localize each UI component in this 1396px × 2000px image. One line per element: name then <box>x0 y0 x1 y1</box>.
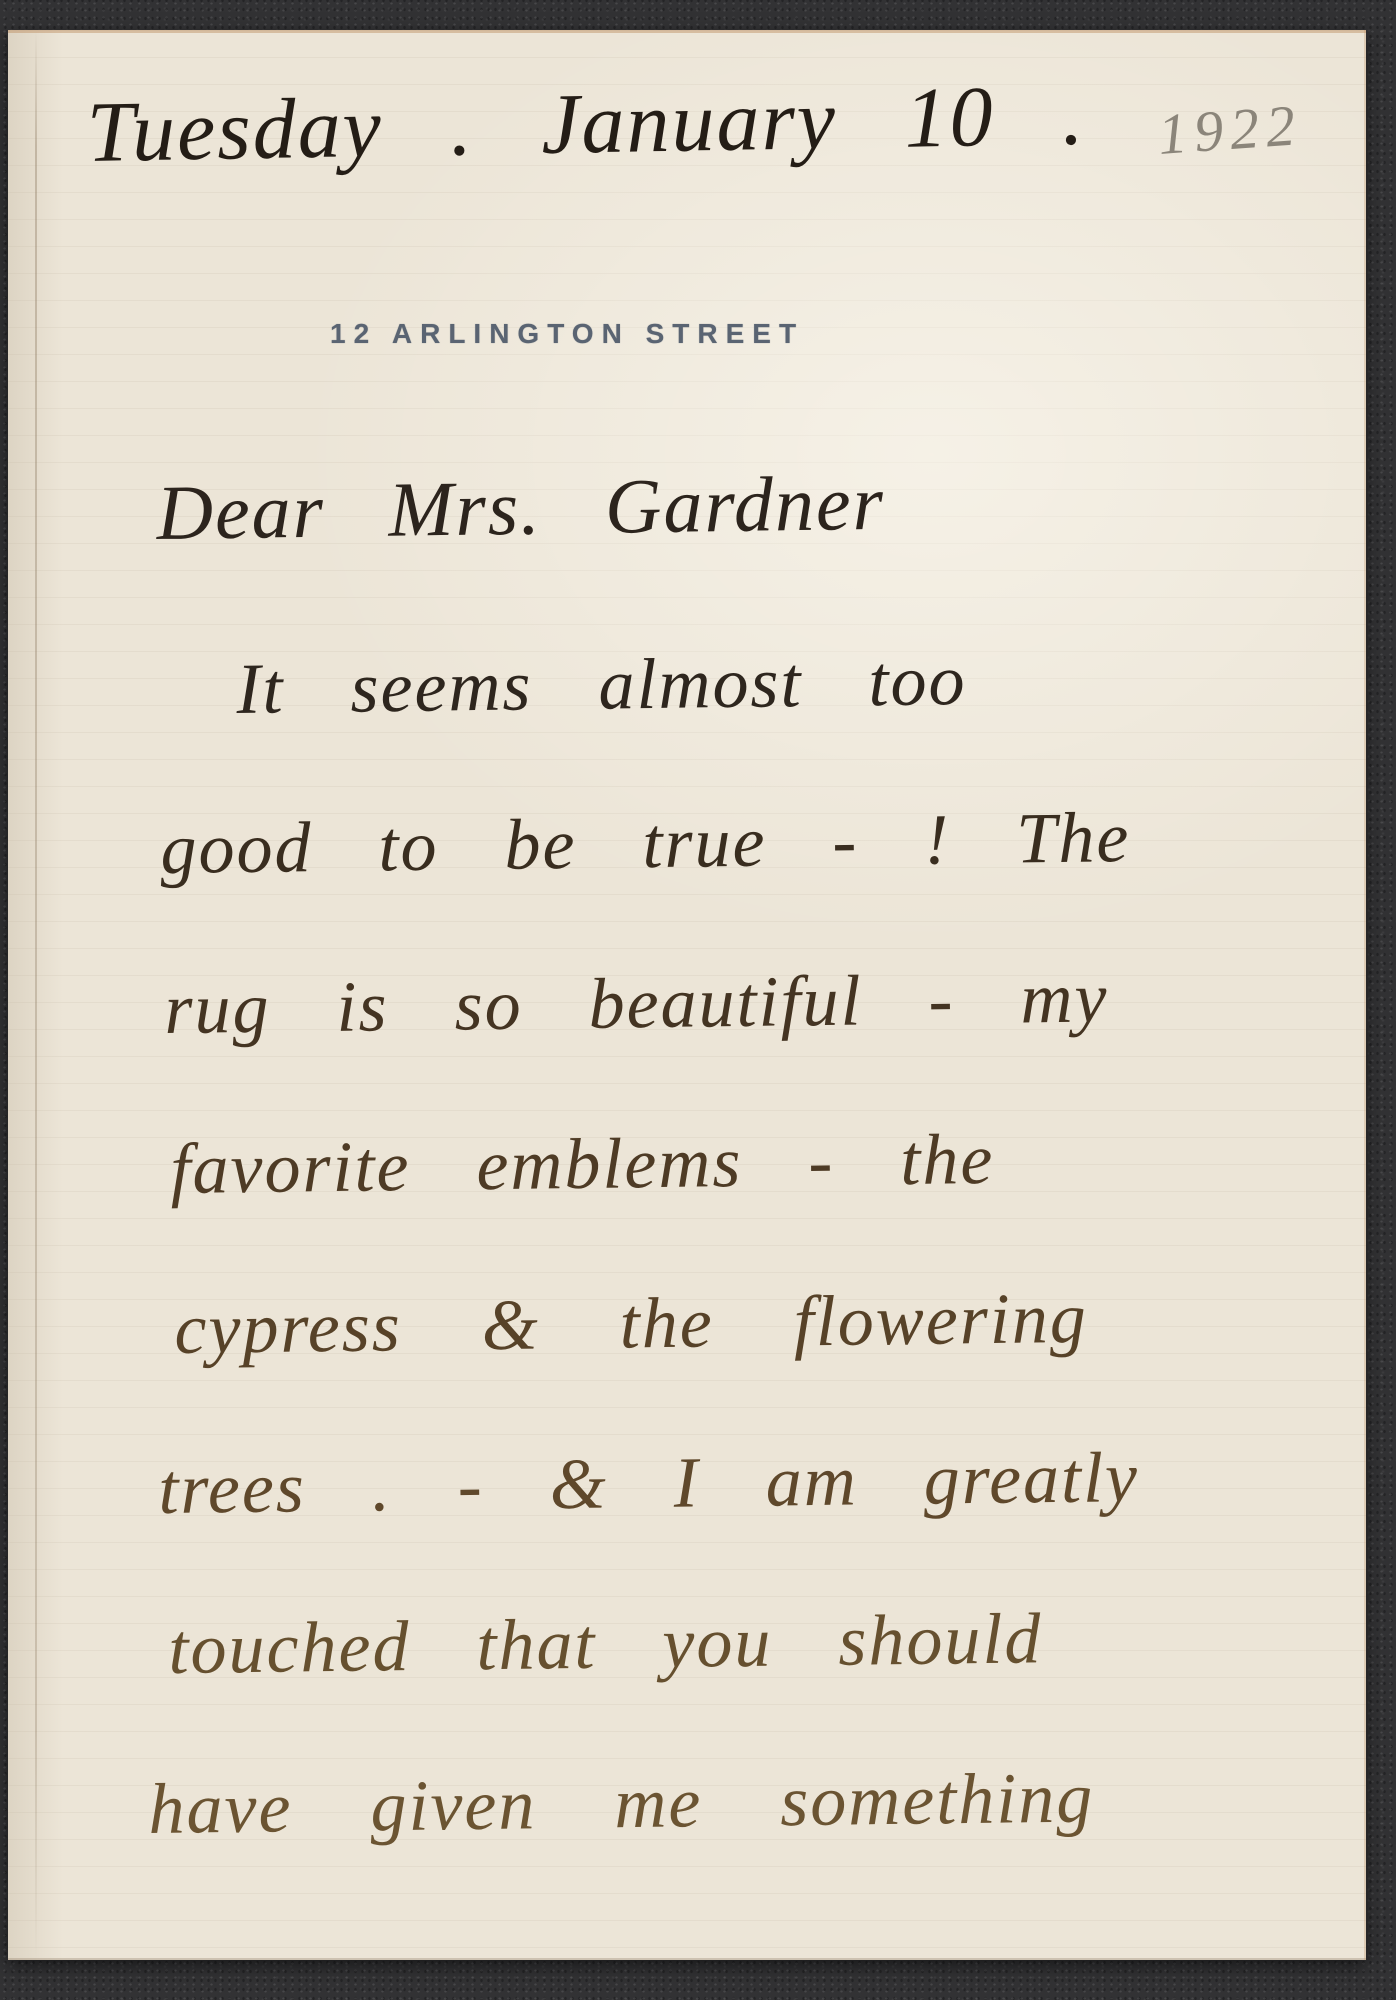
body-line-8: have given me something <box>148 1753 1368 1928</box>
photo-background: { "document": { "kind": "handwritten-let… <box>0 0 1396 2000</box>
handwritten-date: Tuesday . January 10 . <box>86 65 1086 182</box>
letter-page: Tuesday . January 10 . 1922 12 ARLINGTON… <box>8 30 1366 1960</box>
body-line-6: trees . - & I am greatly <box>158 1433 1368 1608</box>
letter-body: It seems almost too good to be true - ! … <box>8 648 1366 1928</box>
body-line-3: rug is so beautiful - my <box>164 953 1368 1128</box>
pencil-year-annotation: 1922 <box>1156 91 1304 168</box>
body-line-2: good to be true - ! The <box>160 793 1368 968</box>
body-line-4: favorite emblems - the <box>170 1113 1368 1288</box>
letterhead-address: 12 ARLINGTON STREET <box>330 318 804 350</box>
body-line-5: cypress & the flowering <box>174 1273 1368 1448</box>
body-line-7: touched that you should <box>168 1593 1368 1768</box>
body-line-1: It seems almost too <box>236 634 1368 808</box>
salutation: Dear Mrs. Gardner <box>156 458 885 558</box>
date-line: Tuesday . January 10 . 1922 <box>86 82 1330 182</box>
